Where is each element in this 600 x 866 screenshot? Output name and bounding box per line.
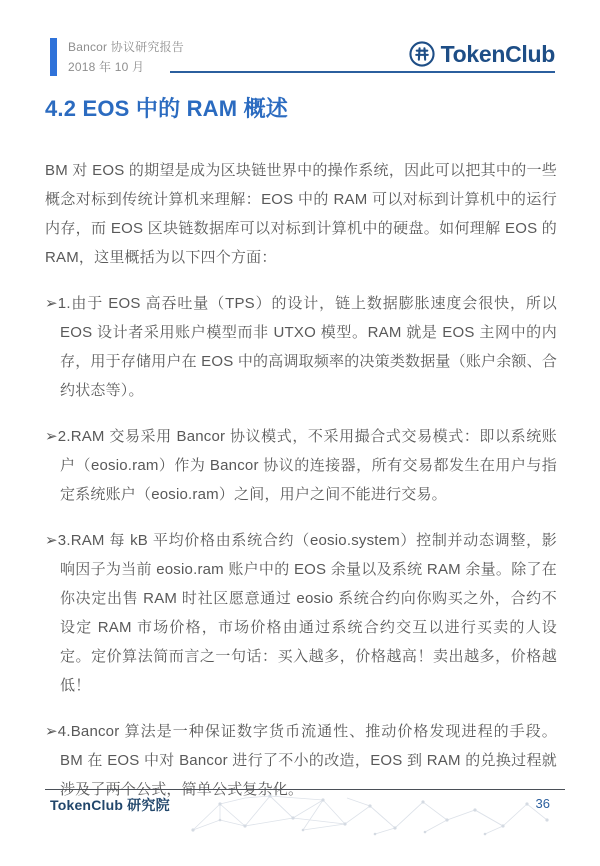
list-item-1: ➢1.由于 EOS 高吞吐量（TPS）的设计，链上数据膨胀速度会很快，所以 EO… — [45, 289, 557, 405]
list-item-text: 4.Bancor 算法是一种保证数字货币流通性、推动价格发现进程的手段。BM 在… — [58, 723, 557, 798]
accent-bar — [50, 38, 57, 76]
report-page: Bancor 协议研究报告 2018 年 10 月 TokenClub 4.2 … — [0, 0, 600, 866]
arrow-bullet-icon: ➢ — [45, 532, 58, 549]
list-item-2: ➢2.RAM 交易采用 Bancor 协议模式，不采用撮合式交易模式：即以系统账… — [45, 422, 557, 509]
main-content: 4.2 EOS 中的 RAM 概述 BM 对 EOS 的期望是成为区块链世界中的… — [45, 93, 557, 821]
report-date: 2018 年 10 月 — [68, 60, 184, 75]
list-item-text: 2.RAM 交易采用 Bancor 协议模式，不采用撮合式交易模式：即以系统账户… — [58, 428, 557, 503]
footer: TokenClub 研究院 36 — [50, 795, 558, 815]
list-item-4: ➢4.Bancor 算法是一种保证数字货币流通性、推动价格发现进程的手段。BM … — [45, 717, 557, 804]
footer-institute: TokenClub 研究院 — [50, 795, 170, 815]
footer-rule — [45, 789, 565, 790]
arrow-bullet-icon: ➢ — [45, 428, 58, 445]
list-item-text: 1.由于 EOS 高吞吐量（TPS）的设计，链上数据膨胀速度会很快，所以 EOS… — [58, 295, 557, 399]
report-title: Bancor 协议研究报告 — [68, 40, 184, 55]
section-title: 4.2 EOS 中的 RAM 概述 — [45, 93, 557, 125]
intro-paragraph: BM 对 EOS 的期望是成为区块链世界中的操作系统，因此可以把其中的一些概念对… — [45, 156, 557, 272]
logo-text: TokenClub — [441, 41, 555, 68]
header-left: Bancor 协议研究报告 2018 年 10 月 — [50, 38, 184, 76]
header-titles: Bancor 协议研究报告 2018 年 10 月 — [68, 38, 184, 76]
tokenclub-logo-icon — [408, 40, 436, 68]
arrow-bullet-icon: ➢ — [45, 723, 58, 740]
header-rule — [170, 71, 555, 73]
arrow-bullet-icon: ➢ — [45, 295, 58, 312]
list-item-text: 3.RAM 每 kB 平均价格由系统合约（eosio.system）控制并动态调… — [58, 532, 557, 694]
tokenclub-logo: TokenClub — [408, 40, 555, 68]
list-item-3: ➢3.RAM 每 kB 平均价格由系统合约（eosio.system）控制并动态… — [45, 526, 557, 700]
page-number: 36 — [536, 796, 550, 811]
